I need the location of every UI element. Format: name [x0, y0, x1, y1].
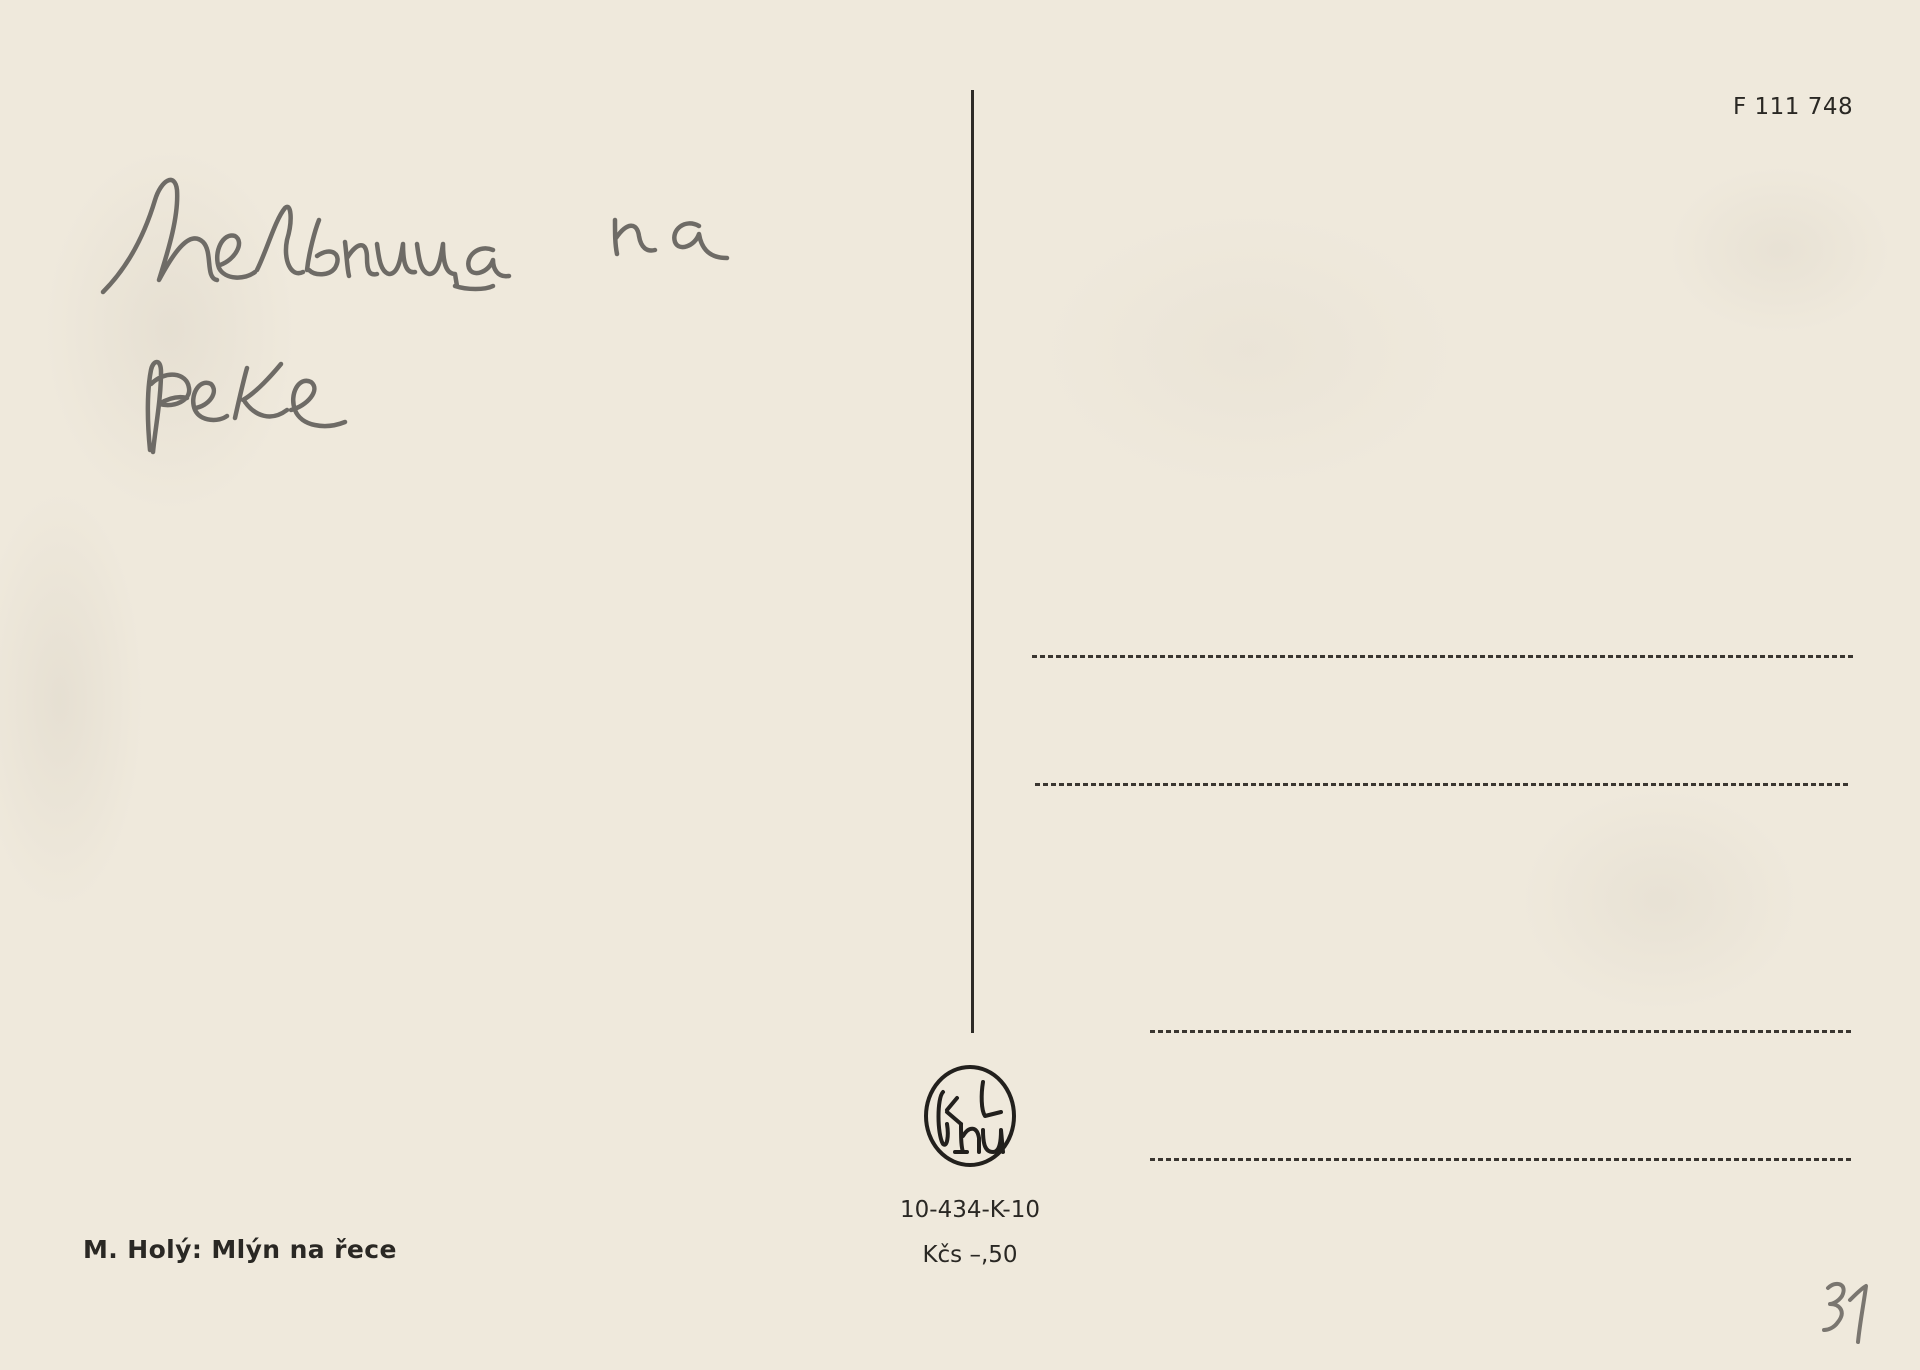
handwritten-note-strokes: [95, 160, 955, 470]
address-line-2: [1035, 783, 1851, 786]
serial-number: F 111 748: [1733, 94, 1853, 120]
address-line-1: [1032, 655, 1854, 658]
message-address-divider: [971, 90, 974, 1033]
publisher-logo-icon: [923, 1064, 1017, 1168]
handwritten-note: Мельница на реке: [95, 160, 955, 470]
address-line-3: [1150, 1030, 1851, 1033]
catalog-code: 10-434-K-10: [880, 1197, 1060, 1223]
pencil-number: 31: [1822, 1278, 1872, 1352]
price-label: Kčs –,50: [880, 1242, 1060, 1268]
artwork-caption: M. Holý: Mlýn na řece: [83, 1235, 397, 1264]
address-line-4: [1150, 1158, 1854, 1161]
